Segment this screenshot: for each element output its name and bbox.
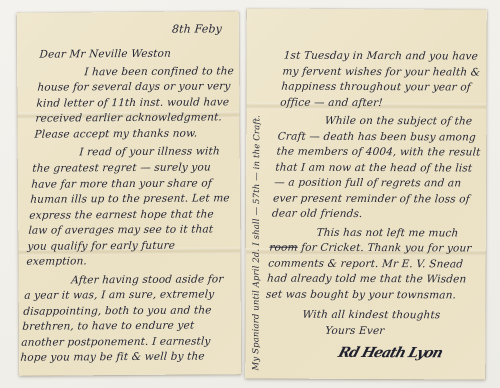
struck-word: room bbox=[269, 242, 298, 254]
paragraph-cricket: This has not left me much room for Crick… bbox=[265, 225, 475, 304]
letter-date: 8th Feby bbox=[40, 21, 241, 39]
paragraph-craft: While on the subject of the Craft — deat… bbox=[271, 114, 483, 224]
paragraph-wishes: 1st Tuesday in March and you have my fer… bbox=[280, 49, 487, 112]
paragraph-cricket-pre: This has not left me much bbox=[316, 227, 459, 240]
valediction: Yours Ever bbox=[325, 324, 468, 340]
closing-line: With all kindest thoughts bbox=[302, 307, 469, 323]
right-page-text: 1st Tuesday in March and you have my fer… bbox=[245, 9, 487, 364]
letter-page-right: My Spaniard until April 2d. I shall — 57… bbox=[245, 8, 487, 379]
letter-page-left: 8th Feby Dear Mr Neville Weston I have b… bbox=[17, 11, 242, 376]
salutation: Dear Mr Neville Weston bbox=[39, 46, 241, 63]
paragraph-postponement: After having stood aside for a year it w… bbox=[20, 272, 227, 367]
signature: Rd Heath Lyon bbox=[259, 342, 445, 363]
paragraph-thanks: I have been confined to the house for se… bbox=[34, 64, 240, 143]
paragraph-cricket-post: for Cricket. Thank you for your comments… bbox=[266, 242, 473, 301]
paragraph-illness: I read of your illness with the greatest… bbox=[26, 145, 235, 271]
left-page-text: 8th Feby Dear Mr Neville Weston I have b… bbox=[17, 11, 242, 367]
letter-photograph: 8th Feby Dear Mr Neville Weston I have b… bbox=[0, 0, 500, 388]
